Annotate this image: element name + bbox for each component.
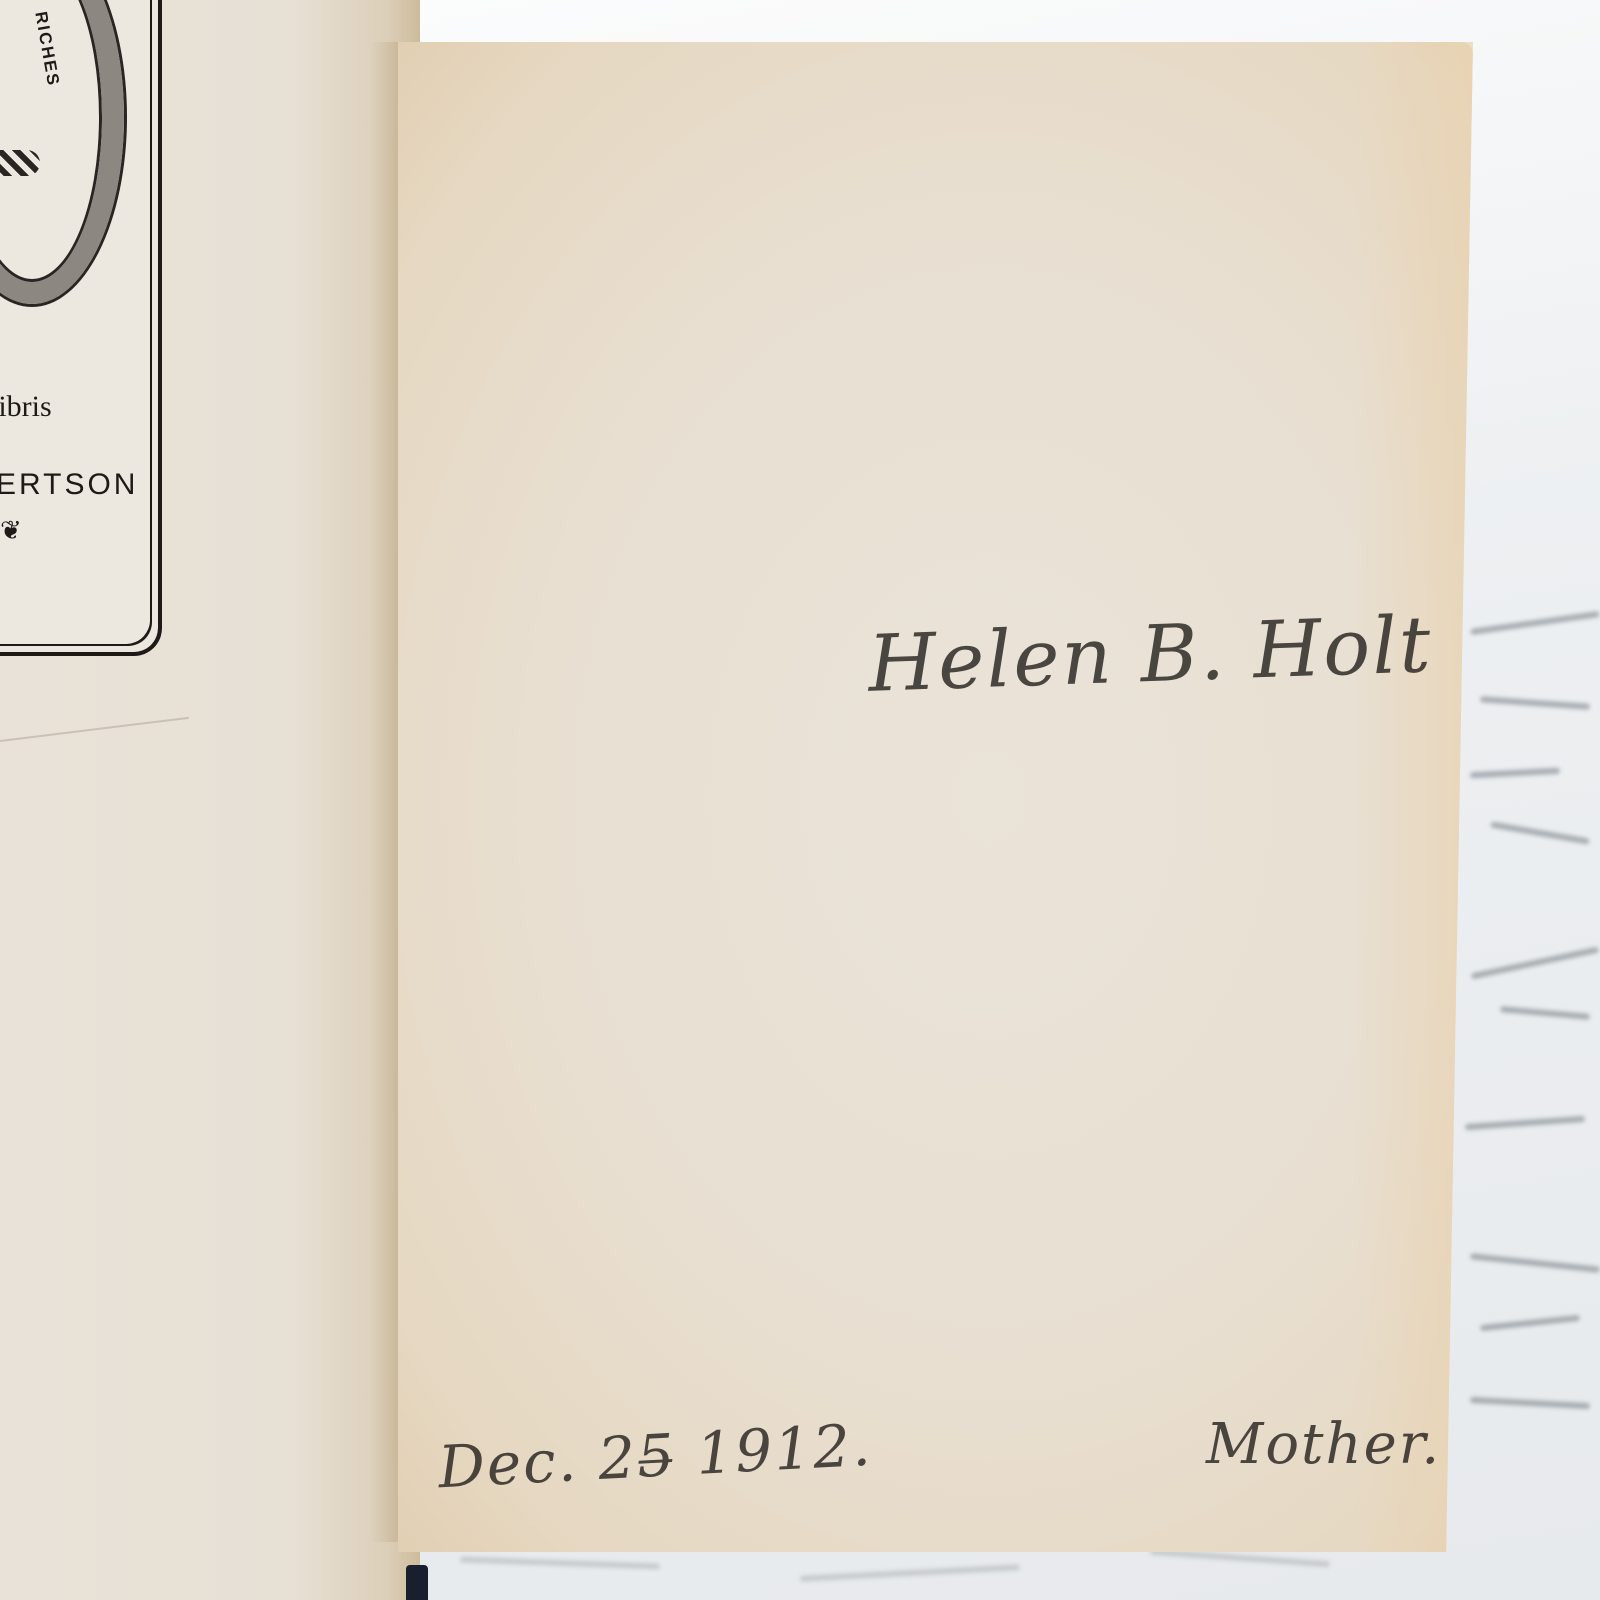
book-cover-corner-bottom xyxy=(406,1565,428,1600)
left-endpaper: RICHES Libris ERTSON ❦ xyxy=(0,0,420,1600)
right-flyleaf: Helen B. Holt Dec. 25̶ 1912. Mother. xyxy=(398,42,1473,1552)
ex-libris-label: Libris xyxy=(0,390,52,424)
handwritten-signature: Helen B. Holt xyxy=(867,600,1434,710)
bookplate-owner-name: ERTSON xyxy=(0,468,138,502)
handwritten-date: Dec. 25̶ 1912. xyxy=(437,1411,874,1502)
page-crease xyxy=(0,717,189,742)
ornament-icon: ❦ xyxy=(0,516,22,546)
rope-knot-icon xyxy=(0,150,40,176)
bookplate: RICHES Libris ERTSON ❦ xyxy=(0,0,162,656)
handwritten-from: Mother. xyxy=(1206,1412,1441,1477)
